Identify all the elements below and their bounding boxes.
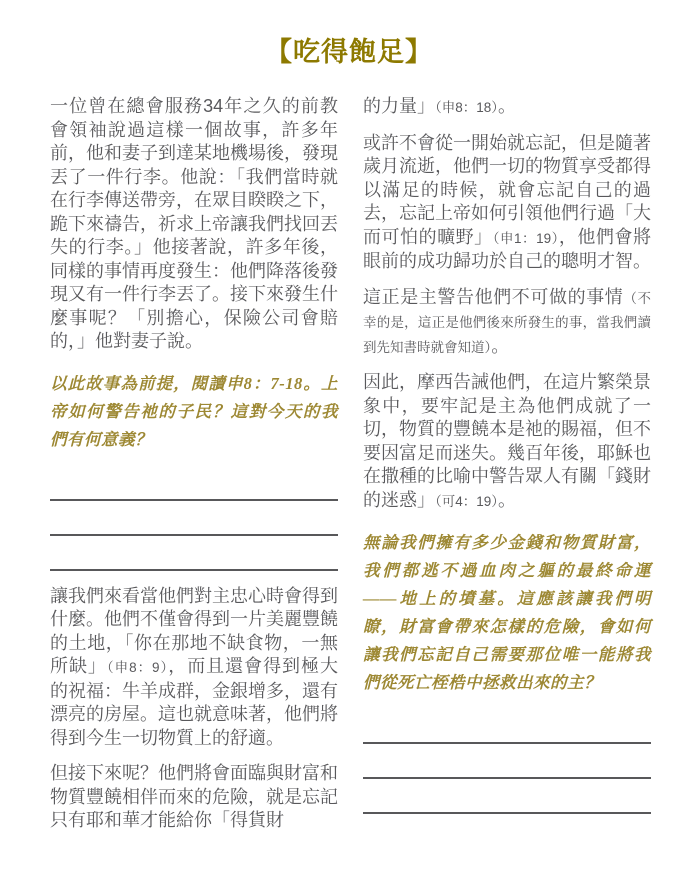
page-title: 【吃得飽足】	[0, 30, 698, 69]
right-column: 的力量」（申8：18）。或許不會從一開始就忘記，但是隨著歲月流逝，他們一切的物質…	[363, 95, 651, 845]
answer-line	[50, 466, 338, 501]
answer-line	[363, 709, 651, 744]
answer-line	[50, 501, 338, 536]
study-question-text: 以此故事為前提，閱讀申8：7-18。上帝如何警告祂的子民？這對今天的我們有何意義…	[50, 370, 338, 454]
text-segment: 。	[491, 336, 509, 356]
body-paragraph: 這正是主警告他們不可做的事情（不幸的是，這正是他們後來所發生的事，當我們讀到先知…	[363, 286, 651, 360]
scripture-reference: （可4：19）	[435, 494, 498, 509]
text-segment: 。	[498, 96, 516, 116]
text-segment: 的力量」	[363, 96, 435, 116]
answer-lines	[50, 466, 338, 571]
answer-line	[363, 779, 651, 814]
answer-line	[363, 744, 651, 779]
body-paragraph: 但接下來呢？他們將會面臨與財富和物質豐饒相伴而來的危險，就是忘記只有耶和華才能給…	[50, 762, 338, 833]
scripture-reference: （申1：19）	[493, 231, 559, 246]
text-segment: 無論我們擁有多少金錢和物質財富，我們都逃不過血肉之軀的最終命運——地上的墳墓。這…	[363, 533, 651, 692]
left-column: 一位曾在總會服務34年之久的前教會領袖說過這樣一個故事，許多年前，他和妻子到達某…	[50, 95, 338, 845]
text-segment: 這正是主警告他們不可做的事情	[363, 287, 623, 307]
scripture-reference: （申8：18）	[435, 100, 498, 115]
body-paragraph: 一位曾在總會服務34年之久的前教會領袖說過這樣一個故事，許多年前，他和妻子到達某…	[50, 95, 338, 354]
body-paragraph: 讓我們來看當他們對主忠心時會得到什麼。他們不僅會得到一片美麗豐饒的土地，「你在那…	[50, 585, 338, 751]
body-paragraph: 因此，摩西告誡他們，在這片繁榮景象中，要牢記是主為他們成就了一切，物質的豐饒本是…	[363, 371, 651, 513]
study-question-text: 無論我們擁有多少金錢和物質財富，我們都逃不過血肉之軀的最終命運——地上的墳墓。這…	[363, 529, 651, 697]
answer-line	[50, 536, 338, 571]
document-page: 【吃得飽足】 一位曾在總會服務34年之久的前教會領袖說過這樣一個故事，許多年前，…	[0, 0, 698, 877]
text-segment: 但接下來呢？他們將會面臨與財富和物質豐饒相伴而來的危險，就是忘記只有耶和華才能給…	[50, 763, 338, 830]
text-segment: 以此故事為前提，閱讀申8：7-18。上帝如何警告祂的子民？這對今天的我們有何意義…	[50, 374, 338, 449]
body-paragraph: 的力量」（申8：18）。	[363, 95, 651, 120]
text-segment: 一位曾在總會服務34年之久的前教會領袖說過這樣一個故事，許多年前，他和妻子到達某…	[50, 96, 338, 351]
body-paragraph: 或許不會從一開始就忘記，但是隨著歲月流逝，他們一切的物質享受都得以滿足的時候，就…	[363, 132, 651, 274]
scripture-reference: （申8：9）	[107, 660, 168, 675]
two-column-layout: 一位曾在總會服務34年之久的前教會領袖說過這樣一個故事，許多年前，他和妻子到達某…	[0, 69, 698, 845]
text-segment: 。	[498, 490, 516, 510]
answer-lines	[363, 709, 651, 814]
